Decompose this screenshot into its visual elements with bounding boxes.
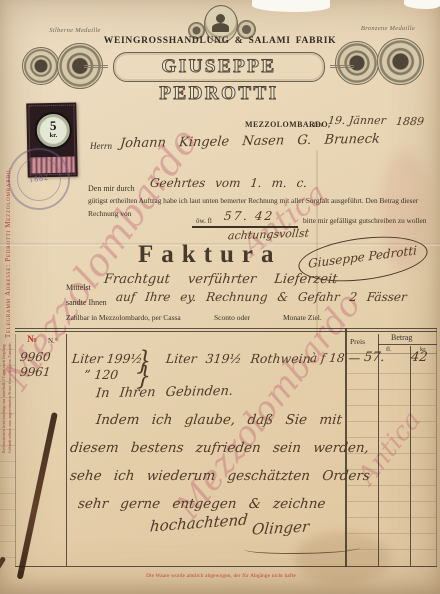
fl-subheader: fl. xyxy=(386,346,392,353)
telegram-address-vertical: Telegramm Adresse: Pedrotti Mezzolombard… xyxy=(5,112,17,338)
handwritten-amount-fl: 57. xyxy=(363,350,385,365)
ink-streak xyxy=(17,412,58,580)
preis-column-header: Preis xyxy=(350,337,365,346)
stamp-value-circle: 5 kr. xyxy=(34,112,72,150)
owner-name-band: GIUSEPPE PEDROTTI xyxy=(113,52,325,82)
handwritten-note-line: diesem bestens zufrieden sein werden, xyxy=(69,440,370,456)
handwritten-intro: Geehrtes vom 1. m. c. xyxy=(149,176,308,190)
table-top-rule xyxy=(15,328,437,329)
torn-paper-edge xyxy=(252,0,330,12)
zahlbar-line: Zahlbar in Mezzolombardo, per Cassa xyxy=(66,313,181,322)
fold-crease xyxy=(316,150,318,335)
handwritten-amount-kr: 42 xyxy=(410,350,428,365)
table-right-rule xyxy=(436,328,437,567)
ziel-label: Monate Ziel. xyxy=(283,313,322,322)
table-number-column-rule xyxy=(66,334,67,566)
numero-symbol: № xyxy=(27,334,37,345)
handwritten-quantity-2: ” 120 xyxy=(83,367,119,382)
handwritten-price: à f 18.— xyxy=(309,351,361,365)
number-column-header: N.° xyxy=(48,337,58,345)
handwritten-cask-number: 9961 xyxy=(19,365,51,379)
handwritten-note-line: Indem ich glaube, daß Sie mit xyxy=(95,412,343,428)
footer-note: Die Waare wurde amtlich abgewogen, der f… xyxy=(105,573,337,579)
handwritten-mittelst: Frachtgut verführter Lieferzeit xyxy=(103,272,338,287)
handwritten-quantity-1: Liter 199½ xyxy=(71,351,143,366)
torn-paper-edge xyxy=(404,0,440,9)
den-label: den xyxy=(312,121,322,129)
handwritten-cask-number: 9960 xyxy=(19,350,51,364)
salutation-label: Herrn xyxy=(90,141,112,151)
ledger-ruled-lines xyxy=(0,334,15,564)
table-left-rule xyxy=(15,334,16,566)
handwritten-note-line: sehr gerne entgegen & zeichne xyxy=(77,496,326,512)
medal-icon xyxy=(22,47,60,85)
left-medal-label: Silberne Medaille xyxy=(30,27,120,34)
handwritten-date: 19. Jänner xyxy=(327,114,386,127)
scanned-invoice-document: Mezzolombardo Antica Mezzolombardo Antic… xyxy=(0,0,440,594)
rechnung-von-label: Rechnung von xyxy=(88,209,132,218)
mittelst-label: Mittelst xyxy=(66,283,91,292)
handwritten-gebinden-note: In Ihren Gebinden. xyxy=(95,384,234,401)
currency-label: öw. fl xyxy=(196,217,212,225)
sconto-label: Sconto oder xyxy=(214,313,250,322)
ledger-ruled-lines xyxy=(346,358,436,564)
handwritten-amount: 57. 42 xyxy=(223,209,275,223)
document-title: Faktura xyxy=(138,241,282,269)
stamp-unit: kr. xyxy=(37,133,70,140)
medal-icon xyxy=(335,41,379,85)
handwritten-sandte: auf Ihre ey. Rechnung & Gefahr 2 Fässer xyxy=(115,290,407,304)
watermark-text: Mezzolombardo xyxy=(168,285,369,527)
handwritten-signature: Olinger xyxy=(251,517,310,538)
handwritten-year: 1889 xyxy=(395,115,424,128)
handwritten-hochachtend: hochachtend xyxy=(149,511,248,536)
handwritten-note-line: sehe ich wiederum geschätzten Orders xyxy=(69,468,371,484)
right-medal-label: Bronzene Medaille xyxy=(350,25,426,32)
betrag-header-underline xyxy=(378,344,437,345)
gutschreiben-note: bitte mir gefälligst gutschreiben zu wol… xyxy=(303,216,426,225)
table-bottom-rule xyxy=(15,566,437,567)
betrag-column-header: Betrag xyxy=(391,333,412,342)
table-top-rule xyxy=(15,331,437,332)
intro-label: Den mir durch xyxy=(88,184,135,193)
handwritten-description: Liter 319½ Rothwein xyxy=(165,351,311,366)
body-text-line: gütigst ertheilten Auftrag habe ich laut… xyxy=(88,196,432,205)
sandte-label: sandte Ihnen xyxy=(66,298,107,307)
owner-name: GIUSEPPE PEDROTTI xyxy=(159,56,278,104)
handwritten-addressee: Johann Kingele Nasen G. Bruneck xyxy=(119,132,380,152)
business-line: WEINGROSSHANDLUNG & SALAMI FABRIK xyxy=(0,36,440,46)
